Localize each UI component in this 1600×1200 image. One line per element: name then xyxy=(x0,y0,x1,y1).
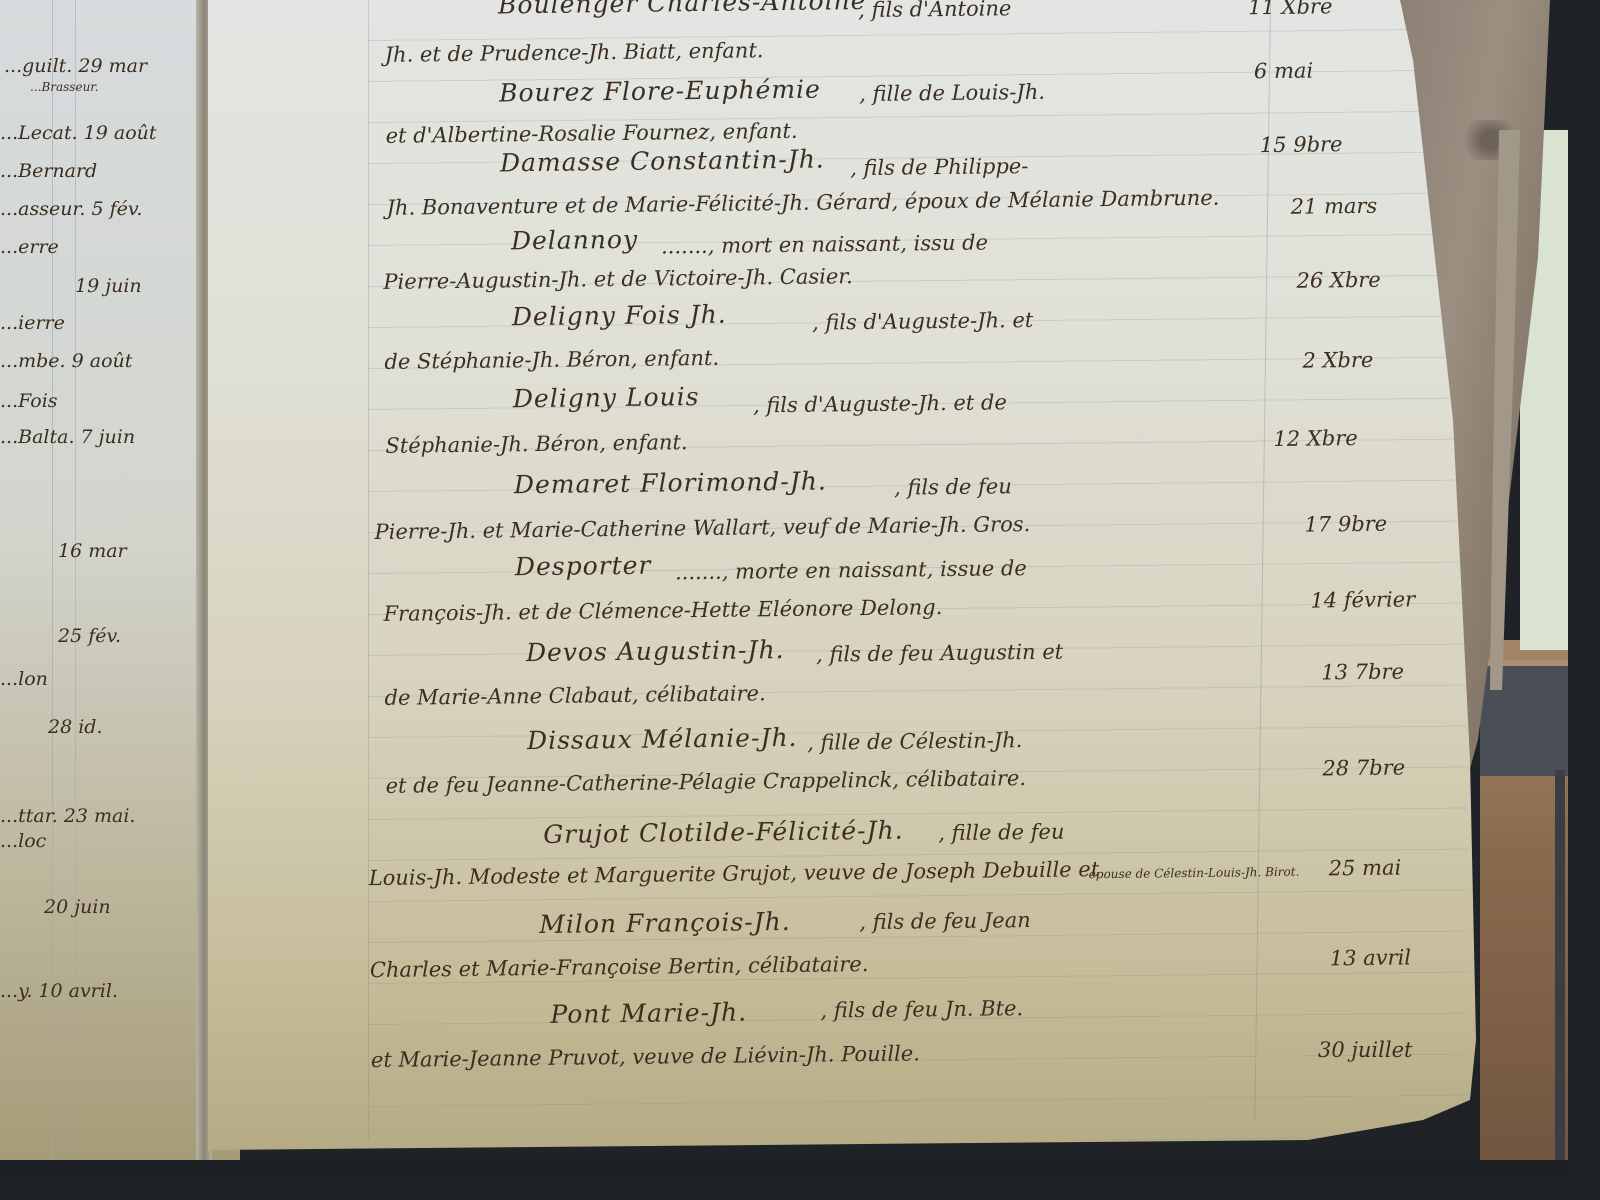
entry-detail: de Marie-Anne Clabaut, célibataire. xyxy=(384,681,765,710)
left-fragment-sub: ...Brasseur. xyxy=(30,80,99,94)
margin-rule xyxy=(368,0,369,1140)
entry-name: Dissaux Mélanie-Jh. xyxy=(527,723,798,755)
entry-detail: Stéphanie-Jh. Béron, enfant. xyxy=(385,430,687,458)
entry-date: 15 9bre xyxy=(1260,132,1343,157)
table-leg xyxy=(1555,770,1565,1176)
entry-detail: , fils de Philippe- xyxy=(850,154,1029,180)
entry-detail: , fils d'Auguste-Jh. et de xyxy=(753,390,1007,417)
entry-detail: de Stéphanie-Jh. Béron, enfant. xyxy=(384,346,719,374)
entry-name: Delannoy xyxy=(511,225,638,256)
entry-detail: ......., morte en naissant, issue de xyxy=(675,556,1027,584)
entry-detail: , fils de feu xyxy=(894,474,1012,499)
left-fragment: ...lon xyxy=(0,668,48,690)
entry-detail: , fils de feu Jn. Bte. xyxy=(820,996,1023,1022)
entry-name: Milon François-Jh. xyxy=(539,907,791,939)
entry-detail: et d'Albertine-Rosalie Fournez, enfant. xyxy=(386,119,798,148)
entry-date: 26 Xbre xyxy=(1296,268,1381,293)
entry-date: 30 juillet xyxy=(1318,1038,1412,1062)
register-photo: ...guilt. 29 mar ...Brasseur. ...Lecat. … xyxy=(0,0,1568,1176)
entry-date: 6 mai xyxy=(1254,59,1313,84)
left-fragment: ...ttar. 23 mai. xyxy=(0,805,135,827)
left-fragment: ...guilt. 29 mar xyxy=(4,55,147,77)
entry-date: 28 7bre xyxy=(1322,755,1405,780)
entry-detail: , fille de feu xyxy=(938,820,1064,846)
entry-date: 14 février xyxy=(1310,587,1415,612)
left-fragment: ...Fois xyxy=(0,390,58,412)
entry-detail: ......., mort en naissant, issu de xyxy=(661,230,988,258)
left-fragment: ...Balta. 7 juin xyxy=(0,426,135,448)
left-fragment: ...ierre xyxy=(0,312,65,334)
left-fragment: ...Lecat. 19 août xyxy=(0,122,157,144)
left-fragment: ...asseur. 5 fév. xyxy=(0,198,142,220)
left-fragment: ...Bernard xyxy=(0,160,97,182)
entry-name: Pont Marie-Jh. xyxy=(550,997,747,1028)
entry-detail: , fils de feu Augustin et xyxy=(816,640,1063,667)
entry-name: Deligny Fois Jh. xyxy=(512,300,727,332)
entry-name: Desporter xyxy=(515,551,652,582)
entry-name: Bourez Flore-Euphémie xyxy=(499,75,821,108)
entry-date: 13 avril xyxy=(1330,945,1412,970)
left-fragment: 25 fév. xyxy=(58,625,121,647)
entry-date: 21 mars xyxy=(1290,194,1377,219)
entry-date: 13 7bre xyxy=(1321,659,1404,684)
entry-name: Grujot Clotilde-Félicité-Jh. xyxy=(543,816,904,849)
entry-detail: Jh. et de Prudence-Jh. Biatt, enfant. xyxy=(385,38,764,67)
left-fragment: 16 mar xyxy=(58,540,127,562)
entry-name: Deligny Louis xyxy=(513,382,700,413)
left-fragment: ...mbe. 9 août xyxy=(0,350,132,372)
right-page: Boulenger Charles-Antoine , fils d'Antoi… xyxy=(208,0,1478,1165)
entry-detail: , fille de Louis-Jh. xyxy=(859,80,1045,106)
entry-date: 17 9bre xyxy=(1304,512,1387,537)
book-bottom-shadow xyxy=(0,1160,1568,1176)
entry-date: 12 Xbre xyxy=(1273,426,1358,451)
entry-name: Devos Augustin-Jh. xyxy=(526,635,785,667)
entry-date: 2 Xbre xyxy=(1302,348,1373,373)
left-fragment: 19 juin xyxy=(75,275,142,297)
entry-detail: , fils d'Auguste-Jh. et xyxy=(812,308,1034,335)
left-fragment: ...y. 10 avril. xyxy=(0,980,118,1002)
entry-name: Demaret Florimond-Jh. xyxy=(514,466,827,499)
entry-name: Damasse Constantin-Jh. xyxy=(500,144,825,177)
entry-date: 25 mai xyxy=(1329,855,1402,880)
left-fragment: 20 juin xyxy=(44,896,111,918)
left-fragment: 28 id. xyxy=(48,716,103,738)
entry-detail: , fille de Célestin-Jh. xyxy=(807,728,1023,755)
entry-detail-note: épouse de Célestin-Louis-Jh. Birot. xyxy=(1089,865,1300,882)
entry-detail: , fils de feu Jean xyxy=(859,908,1031,934)
entry-date: 11 Xbre xyxy=(1248,0,1333,19)
left-fragment: ...loc xyxy=(0,830,46,852)
left-fragment: ...erre xyxy=(0,236,59,258)
entry-detail: , fils d'Antoine xyxy=(858,0,1011,22)
